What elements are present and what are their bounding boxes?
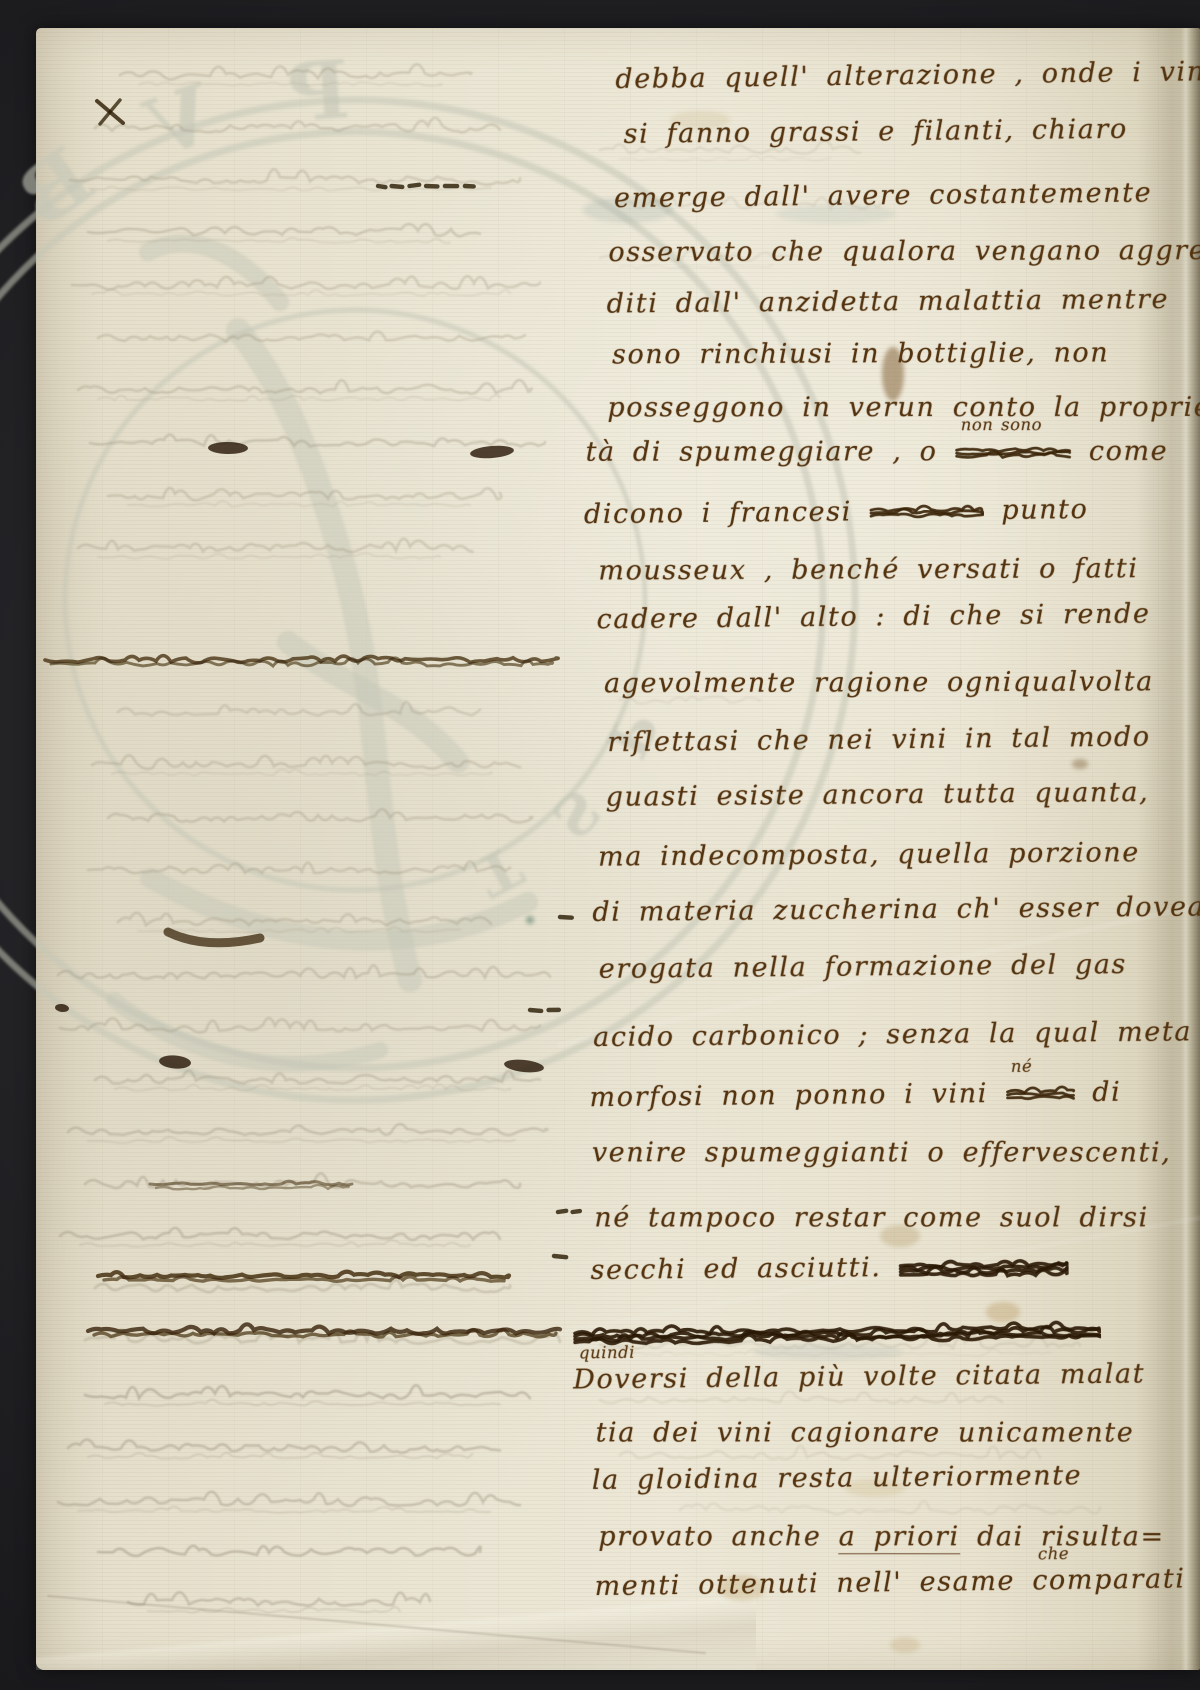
- scan-background: PVBBTSP debba quell' alterazione , onde …: [0, 0, 1200, 1690]
- svg-text:B: B: [0, 230, 11, 341]
- manuscript-page: [36, 28, 1200, 1670]
- bottom-left-fold: [36, 1560, 756, 1670]
